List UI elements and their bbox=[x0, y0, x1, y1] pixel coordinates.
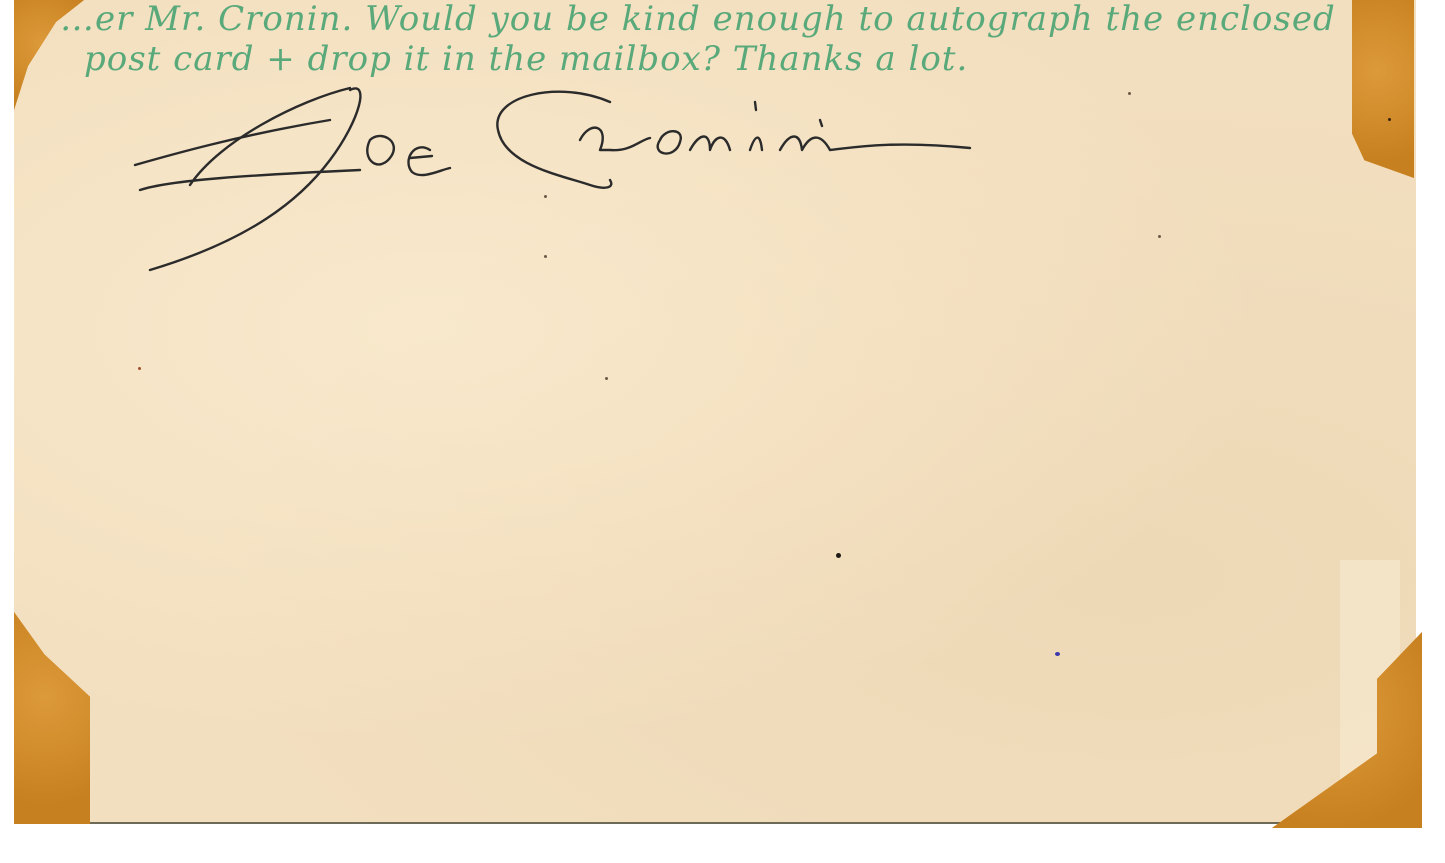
ink-speck bbox=[1158, 235, 1161, 238]
ink-speck bbox=[1128, 92, 1131, 95]
ink-speck bbox=[544, 195, 547, 198]
ink-speck bbox=[544, 255, 547, 258]
ink-speck bbox=[1055, 652, 1060, 656]
handwritten-note-line-1: …er Mr. Cronin. Would you be kind enough… bbox=[60, 2, 1336, 36]
ink-speck bbox=[605, 377, 608, 380]
ink-speck bbox=[1388, 118, 1391, 121]
ink-speck bbox=[836, 553, 841, 558]
signature-text: Joe Cronin bbox=[150, 110, 536, 194]
handwritten-note-line-2: post card + drop it in the mailbox? Than… bbox=[84, 42, 968, 76]
ink-speck bbox=[138, 367, 141, 370]
photo-corner-top-right bbox=[1352, 0, 1414, 178]
